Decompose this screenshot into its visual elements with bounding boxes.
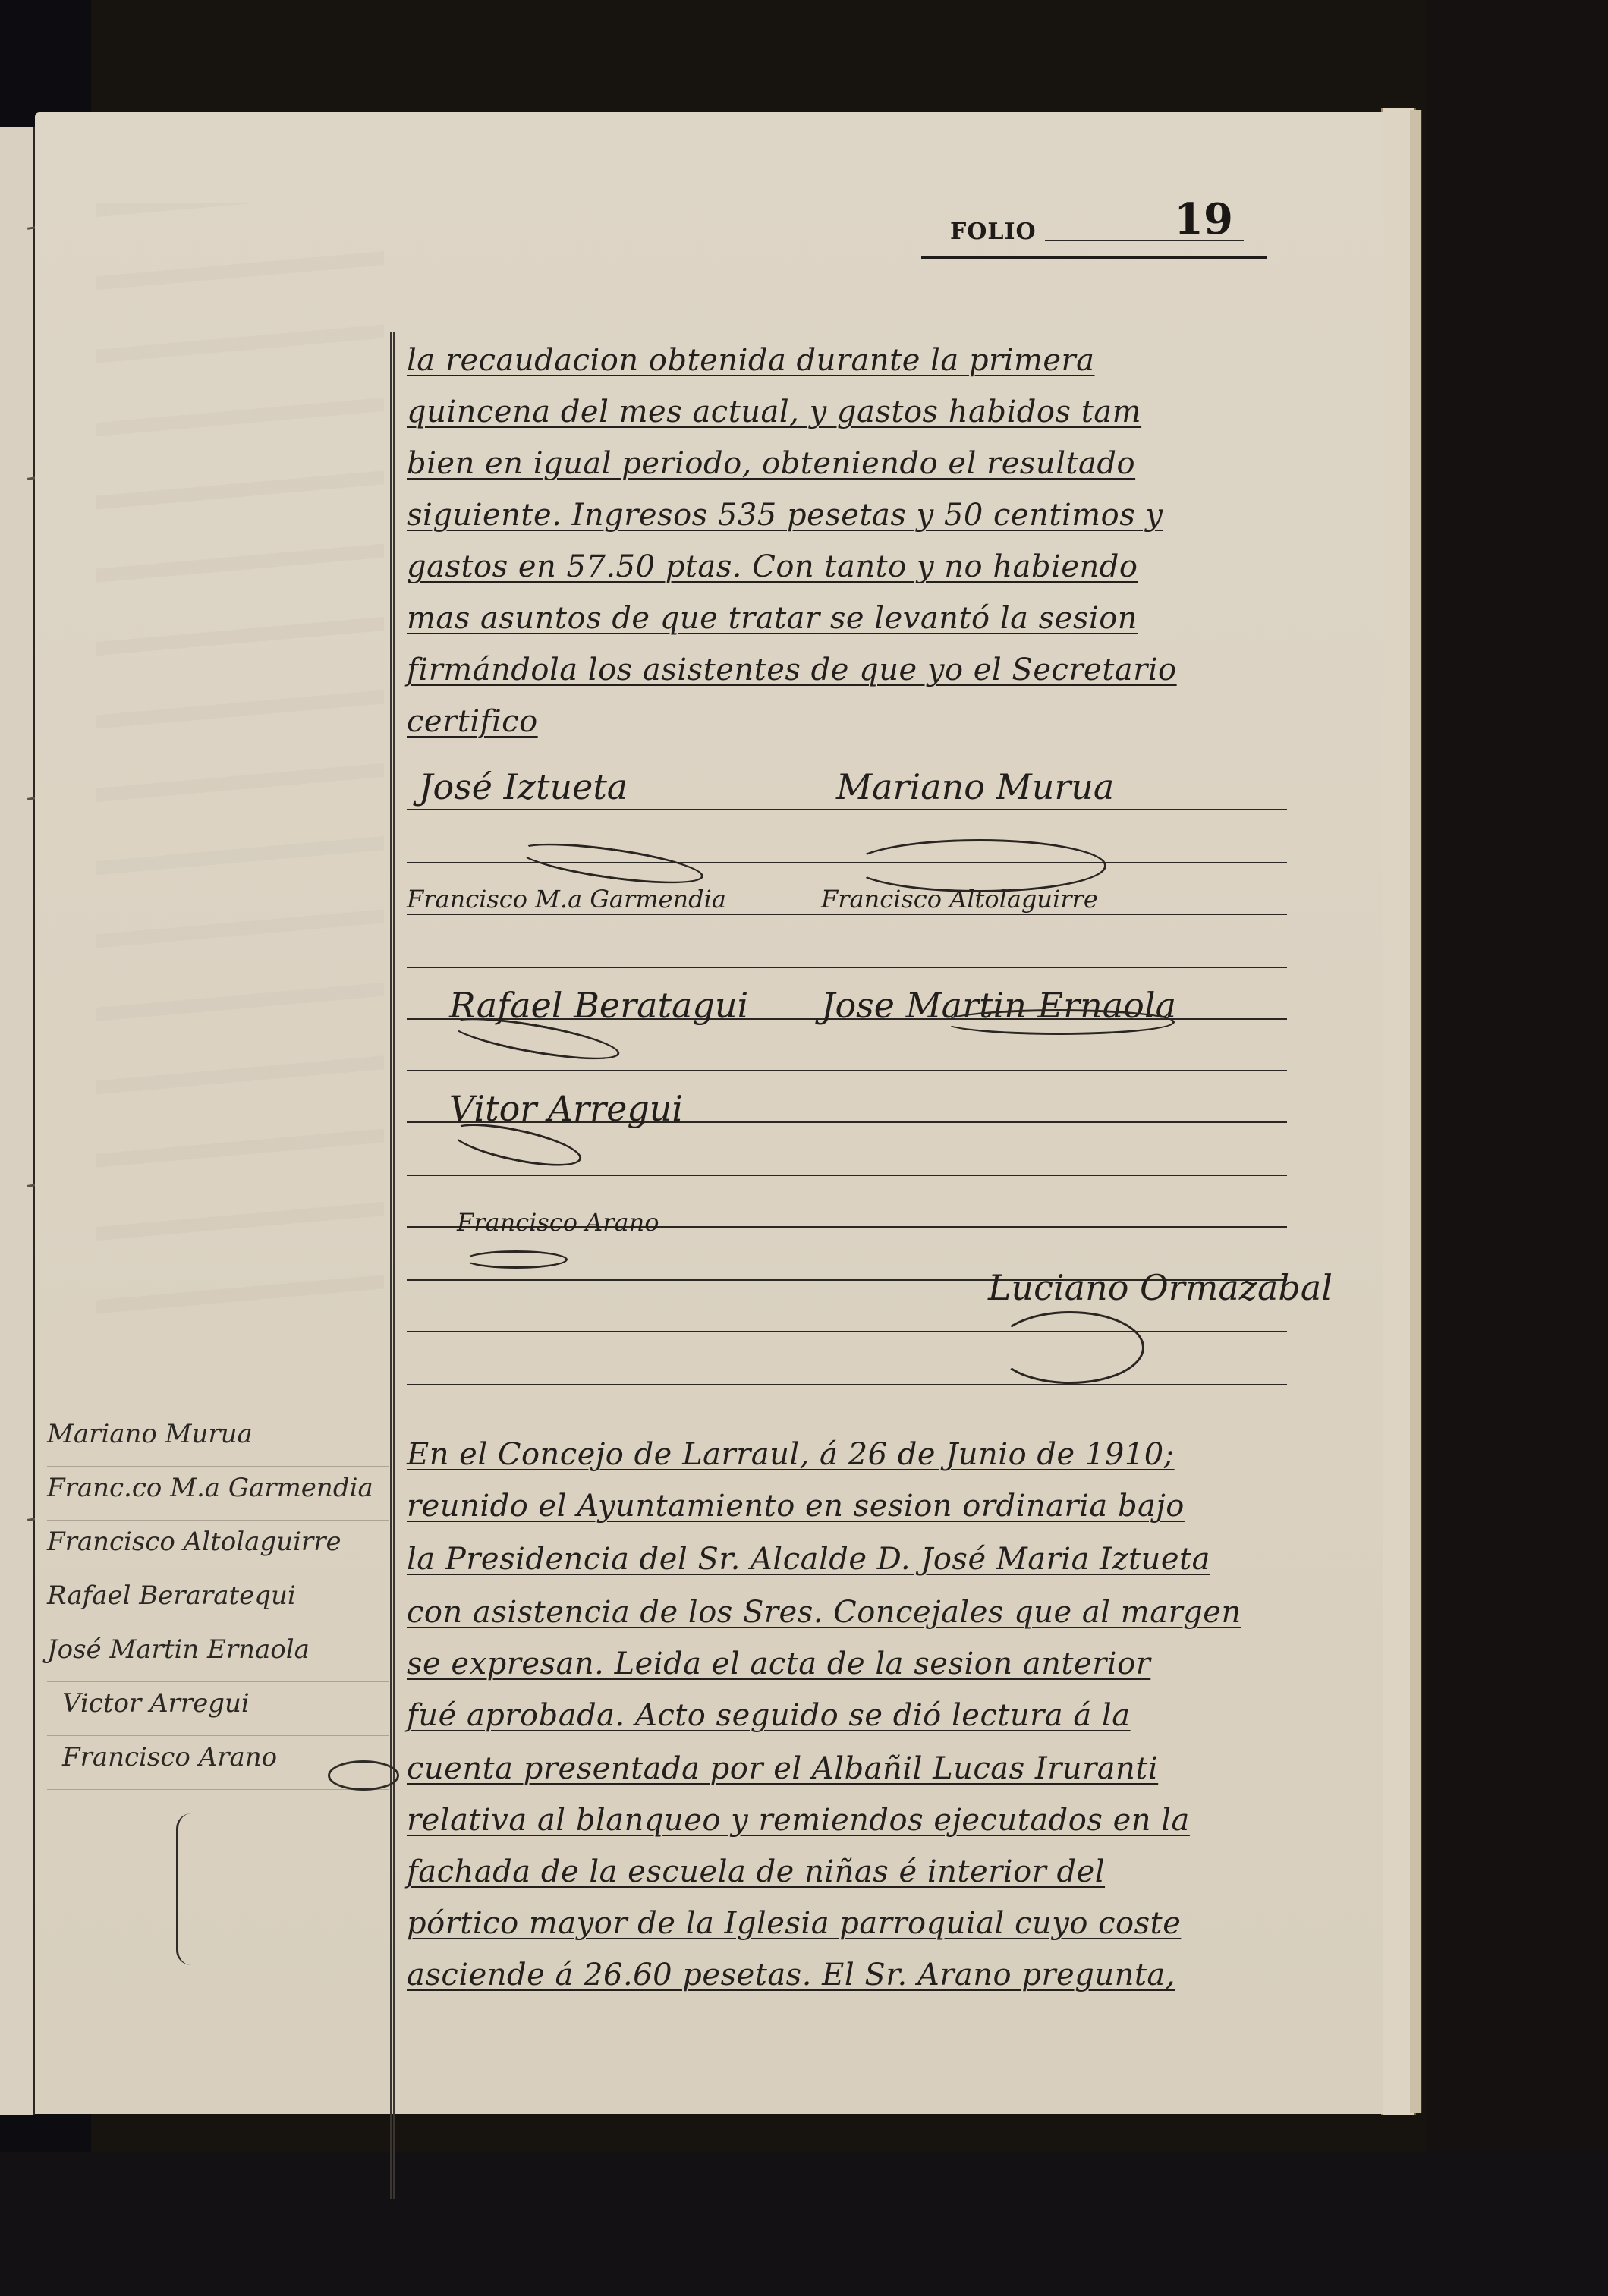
scan-background-right [1426, 0, 1608, 2296]
text-line: fachada de la escuela de niñas é interio… [407, 1854, 1310, 1889]
text-line: cuenta presentada por el Albañil Lucas I… [407, 1751, 1310, 1786]
text-line: la recaudacion obtenida durante la prime… [407, 343, 1310, 378]
attendee-name: José Martin Ernaola [47, 1634, 389, 1682]
text-line: reunido el Ayuntamiento en sesion ordina… [407, 1489, 1310, 1524]
signature-ormazabal: Luciano Ormazabal [988, 1267, 1333, 1308]
text-line: se expresan. Leida el acta de la sesion … [407, 1647, 1310, 1681]
attendee-name: Francisco Altolaguirre [47, 1527, 389, 1574]
margin-double-rule [390, 332, 395, 2199]
ruled-line [407, 1331, 1287, 1332]
scan-background-bottom [0, 2152, 1608, 2296]
text-line: la Presidencia del Sr. Alcalde D. José M… [407, 1542, 1310, 1577]
margin-attendee-list: Mariano Murua Franc.co M.a Garmendia Fra… [47, 1419, 389, 1796]
text-line: gastos en 57.50 ptas. Con tanto y no hab… [407, 549, 1310, 584]
signature-garmendia: Francisco M.a Garmendia [407, 885, 726, 914]
text-line: quincena del mes actual, y gastos habido… [407, 395, 1310, 429]
folio-label: FOLIO [950, 219, 1037, 245]
signature-flourish [464, 1250, 568, 1269]
margin-bracket-stroke [176, 1813, 195, 1965]
attendee-name: Franc.co M.a Garmendia [47, 1473, 389, 1521]
ruled-line [407, 1070, 1287, 1071]
folio-header: FOLIO 19 [912, 196, 1276, 256]
signature-flourish [996, 1311, 1144, 1384]
text-line: En el Concejo de Larraul, á 26 de Junio … [407, 1437, 1310, 1472]
facing-page-edge [0, 127, 35, 2115]
signature-flourish [942, 1009, 1175, 1035]
ruled-line [407, 1384, 1287, 1385]
text-line: fué aprobada. Acto seguido se dió lectur… [407, 1698, 1310, 1733]
signature-iztueta: José Iztueta [419, 766, 628, 807]
folio-number: 19 [1174, 194, 1233, 244]
ruled-line [407, 914, 1287, 915]
ruled-line [407, 1175, 1287, 1176]
margin-flourish [328, 1760, 399, 1791]
attendee-name: Mariano Murua [47, 1419, 389, 1467]
signature-flourish [851, 839, 1106, 892]
signature-arregui: Vitor Arregui [449, 1088, 683, 1129]
page-stack-edge-outer [1410, 110, 1422, 2113]
header-rule [921, 256, 1267, 259]
ruled-line [407, 809, 1287, 810]
ruled-line [407, 967, 1287, 968]
ink-bleed-through [96, 203, 384, 1341]
attendee-name: Victor Arregui [47, 1688, 389, 1736]
text-line: pórtico mayor de la Iglesia parroquial c… [407, 1906, 1310, 1941]
text-line: relativa al blanqueo y remiendos ejecuta… [407, 1803, 1310, 1838]
attendee-name: Rafael Beraratequi [47, 1580, 389, 1628]
text-line: certifico [407, 704, 1310, 739]
signature-arano: Francisco Arano [457, 1208, 659, 1237]
text-line: bien en igual periodo, obteniendo el res… [407, 446, 1310, 481]
text-line: con asistencia de los Sres. Concejales q… [407, 1595, 1310, 1630]
signature-murua: Mariano Murua [836, 766, 1114, 807]
text-line: mas asuntos de que tratar se levantó la … [407, 601, 1310, 636]
text-line: siguiente. Ingresos 535 pesetas y 50 cen… [407, 498, 1310, 533]
text-line: firmándola los asistentes de que yo el S… [407, 653, 1310, 687]
text-line: asciende á 26.60 pesetas. El Sr. Arano p… [407, 1958, 1310, 1992]
